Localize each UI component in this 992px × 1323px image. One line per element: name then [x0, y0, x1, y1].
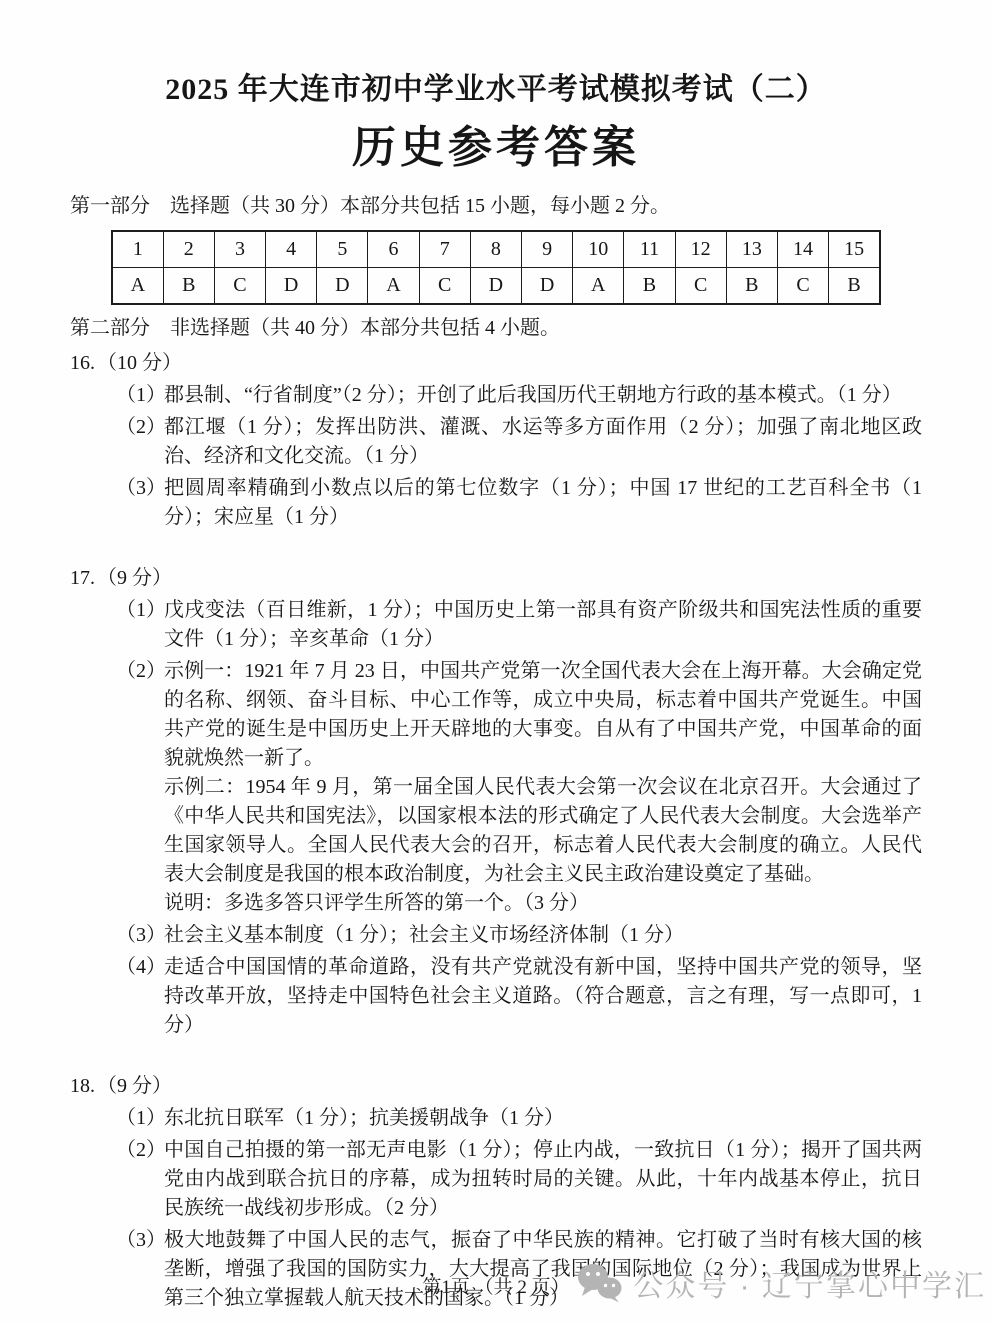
answer-number-cell: 14	[777, 231, 828, 268]
answer-number-cell: 1	[112, 231, 163, 268]
answer-item-16-2: （2） 都江堰（1 分）；发挥出防洪、灌溉、水运等多方面作用（2 分）；加强了南…	[70, 413, 922, 471]
question-16-head: 16.（10 分）	[70, 349, 922, 378]
item-label: （3）	[116, 1226, 164, 1255]
answer-item-16-1: （1） 郡县制、“行省制度”（2 分）；开创了此后我国历代王朝地方行政的基本模式…	[70, 381, 922, 410]
item-text: 示例一：1921 年 7 月 23 日，中国共产党第一次全国代表大会在上海开幕。…	[164, 657, 922, 918]
answer-number-row: 1 2 3 4 5 6 7 8 9 10 11 12 13 14 15	[112, 231, 880, 268]
item-text: 都江堰（1 分）；发挥出防洪、灌溉、水运等多方面作用（2 分）；加强了南北地区政…	[164, 413, 922, 471]
answer-number-cell: 11	[624, 231, 675, 268]
question-score: （10 分）	[97, 352, 182, 374]
item-text: 把圆周率精确到小数点以后的第七位数字（1 分）；中国 17 世纪的工艺百科全书（…	[164, 474, 922, 532]
document-page: 2025 年大连市初中学业水平考试模拟考试（二） 历史参考答案 第一部分 选择题…	[0, 0, 992, 1323]
item-paragraph: 都江堰（1 分）；发挥出防洪、灌溉、水运等多方面作用（2 分）；加强了南北地区政…	[164, 413, 922, 471]
question-17-head: 17.（9 分）	[70, 564, 922, 593]
item-label: （1）	[116, 1104, 164, 1133]
answer-number-cell: 8	[470, 231, 521, 268]
document-subtitle: 历史参考答案	[70, 122, 922, 174]
answer-letter-cell: A	[368, 268, 419, 305]
item-paragraph-note: 说明：多选多答只评学生所答的第一个。（3 分）	[164, 889, 922, 918]
page-footer: 第1页 （共 2 页） 公众号 · 辽宁掌心中学汇	[0, 1257, 992, 1309]
item-text: 社会主义基本制度（1 分）；社会主义市场经济体制（1 分）	[164, 921, 922, 950]
answer-item-17-4: （4） 走适合中国国情的革命道路，没有共产党就没有新中国，坚持中国共产党的领导，…	[70, 953, 922, 1040]
answer-item-16-3: （3） 把圆周率精确到小数点以后的第七位数字（1 分）；中国 17 世纪的工艺百…	[70, 474, 922, 532]
answer-letter-cell: A	[573, 268, 624, 305]
question-number: 18.	[70, 1075, 95, 1097]
answer-item-17-2: （2） 示例一：1921 年 7 月 23 日，中国共产党第一次全国代表大会在上…	[70, 657, 922, 918]
item-paragraph: 东北抗日联军（1 分）；抗美援朝战争（1 分）	[164, 1104, 922, 1133]
document-title: 2025 年大连市初中学业水平考试模拟考试（二）	[70, 0, 922, 108]
answer-number-cell: 7	[419, 231, 470, 268]
answer-letter-row: A B C D D A C D D A B C B C B	[112, 268, 880, 305]
answer-number-cell: 13	[726, 231, 777, 268]
item-paragraph: 郡县制、“行省制度”（2 分）；开创了此后我国历代王朝地方行政的基本模式。（1 …	[164, 381, 922, 410]
item-paragraph: 中国自己拍摄的第一部无声电影（1 分）；停止内战，一致抗日（1 分）；揭开了国共…	[164, 1136, 922, 1223]
answer-letter-cell: D	[266, 268, 317, 305]
wechat-icon	[577, 1263, 623, 1303]
question-number: 16.	[70, 352, 95, 374]
item-label: （2）	[116, 1136, 164, 1165]
part2-heading: 第二部分 非选择题（共 40 分）本部分共包括 4 小题。	[70, 314, 922, 343]
answer-letter-cell: D	[522, 268, 573, 305]
answer-letter-cell: C	[419, 268, 470, 305]
answer-letter-cell: D	[470, 268, 521, 305]
item-label: （2）	[116, 413, 164, 442]
answer-item-18-2: （2） 中国自己拍摄的第一部无声电影（1 分）；停止内战，一致抗日（1 分）；揭…	[70, 1136, 922, 1223]
part1-heading: 第一部分 选择题（共 30 分）本部分共包括 15 小题，每小题 2 分。	[70, 192, 922, 221]
answer-letter-cell: C	[675, 268, 726, 305]
item-text: 东北抗日联军（1 分）；抗美援朝战争（1 分）	[164, 1104, 922, 1133]
answer-number-cell: 4	[266, 231, 317, 268]
item-label: （1）	[116, 381, 164, 410]
question-17: 17.（9 分） （1） 戊戌变法（百日维新，1 分）；中国历史上第一部具有资产…	[70, 564, 922, 1040]
answer-letter-cell: B	[829, 268, 880, 305]
item-paragraph: 社会主义基本制度（1 分）；社会主义市场经济体制（1 分）	[164, 921, 922, 950]
item-label: （1）	[116, 596, 164, 625]
answer-item-18-1: （1） 东北抗日联军（1 分）；抗美援朝战争（1 分）	[70, 1104, 922, 1133]
answer-number-cell: 2	[163, 231, 214, 268]
answer-number-cell: 6	[368, 231, 419, 268]
answer-number-cell: 15	[829, 231, 880, 268]
question-number: 17.	[70, 567, 95, 589]
document-content: 2025 年大连市初中学业水平考试模拟考试（二） 历史参考答案 第一部分 选择题…	[0, 0, 992, 1313]
item-paragraph: 把圆周率精确到小数点以后的第七位数字（1 分）；中国 17 世纪的工艺百科全书（…	[164, 474, 922, 532]
question-score: （9 分）	[97, 1075, 172, 1097]
item-paragraph-example1: 示例一：1921 年 7 月 23 日，中国共产党第一次全国代表大会在上海开幕。…	[164, 657, 922, 773]
item-paragraph: 戊戌变法（百日维新，1 分）；中国历史上第一部具有资产阶级共和国宪法性质的重要文…	[164, 596, 922, 654]
item-paragraph-example2: 示例二：1954 年 9 月，第一届全国人民代表大会第一次会议在北京召开。大会通…	[164, 773, 922, 889]
item-text: 郡县制、“行省制度”（2 分）；开创了此后我国历代王朝地方行政的基本模式。（1 …	[164, 381, 922, 410]
question-18-head: 18.（9 分）	[70, 1072, 922, 1101]
item-label: （3）	[116, 474, 164, 503]
item-text: 走适合中国国情的革命道路，没有共产党就没有新中国，坚持中国共产党的领导，坚持改革…	[164, 953, 922, 1040]
answer-item-17-3: （3） 社会主义基本制度（1 分）；社会主义市场经济体制（1 分）	[70, 921, 922, 950]
answer-letter-cell: A	[112, 268, 163, 305]
answer-number-cell: 3	[214, 231, 265, 268]
watermark-text: 公众号 · 辽宁掌心中学汇	[633, 1261, 986, 1305]
answer-number-cell: 12	[675, 231, 726, 268]
answer-letter-cell: B	[624, 268, 675, 305]
answer-letter-cell: C	[777, 268, 828, 305]
item-text: 中国自己拍摄的第一部无声电影（1 分）；停止内战，一致抗日（1 分）；揭开了国共…	[164, 1136, 922, 1223]
answer-number-cell: 10	[573, 231, 624, 268]
item-text: 戊戌变法（百日维新，1 分）；中国历史上第一部具有资产阶级共和国宪法性质的重要文…	[164, 596, 922, 654]
item-paragraph: 走适合中国国情的革命道路，没有共产党就没有新中国，坚持中国共产党的领导，坚持改革…	[164, 953, 922, 1040]
question-score: （9 分）	[97, 567, 172, 589]
answer-letter-cell: B	[163, 268, 214, 305]
answer-item-17-1: （1） 戊戌变法（百日维新，1 分）；中国历史上第一部具有资产阶级共和国宪法性质…	[70, 596, 922, 654]
answer-letter-cell: D	[317, 268, 368, 305]
answer-letter-cell: B	[726, 268, 777, 305]
watermark: 公众号 · 辽宁掌心中学汇	[577, 1261, 986, 1305]
item-label: （3）	[116, 921, 164, 950]
question-16: 16.（10 分） （1） 郡县制、“行省制度”（2 分）；开创了此后我国历代王…	[70, 349, 922, 532]
item-label: （2）	[116, 657, 164, 686]
answer-number-cell: 9	[522, 231, 573, 268]
item-label: （4）	[116, 953, 164, 982]
answer-letter-cell: C	[214, 268, 265, 305]
answer-number-cell: 5	[317, 231, 368, 268]
answer-table: 1 2 3 4 5 6 7 8 9 10 11 12 13 14 15	[111, 230, 881, 305]
